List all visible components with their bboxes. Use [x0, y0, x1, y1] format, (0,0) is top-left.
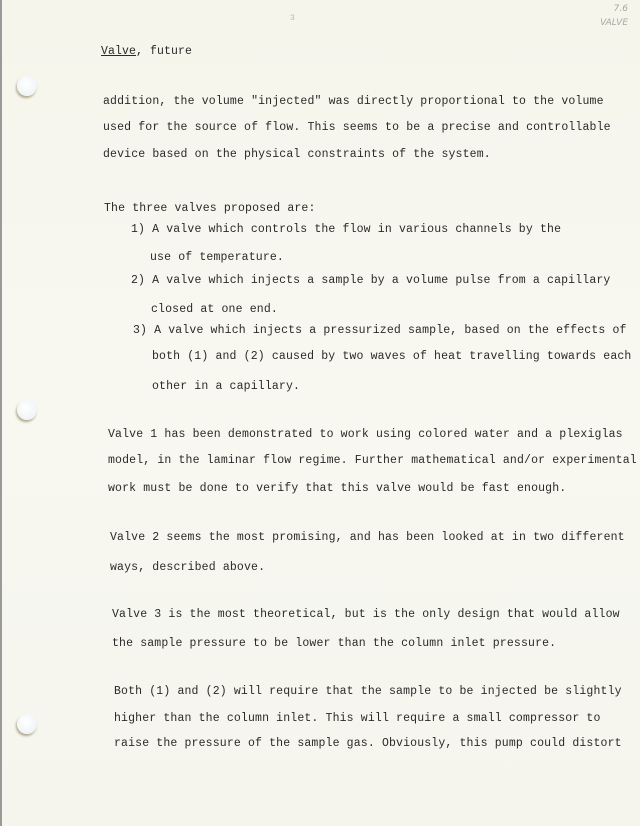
- text-line: used for the source of flow. This seems …: [103, 121, 611, 134]
- text-line: higher than the column inlet. This will …: [114, 712, 601, 725]
- page-heading: Valve, future: [101, 45, 192, 58]
- heading-underlined: Valve: [101, 45, 136, 58]
- handwritten-note-line: VALVE: [600, 16, 628, 30]
- list-item-line: use of temperature.: [150, 251, 284, 264]
- text-line: Both (1) and (2) will require that the s…: [114, 685, 622, 698]
- list-item-line: 3) A valve which injects a pressurized s…: [133, 324, 627, 337]
- punch-hole-bottom: [17, 714, 37, 734]
- list-item-line: closed at one end.: [151, 303, 278, 316]
- handwritten-note: 7.6 VALVE: [600, 2, 628, 30]
- list-item-line: 1) A valve which controls the flow in va…: [131, 223, 561, 236]
- text-line: model, in the laminar flow regime. Furth…: [108, 454, 637, 467]
- document-page: 3 7.6 VALVE Valve, future addition, the …: [0, 0, 640, 826]
- text-line: Valve 3 is the most theoretical, but is …: [112, 608, 620, 621]
- list-item-line: 2) A valve which injects a sample by a v…: [131, 274, 610, 287]
- list-item-line: both (1) and (2) caused by two waves of …: [152, 350, 631, 363]
- text-line: work must be done to verify that this va…: [108, 482, 566, 495]
- handwritten-note-line: 7.6: [600, 2, 628, 16]
- text-line: Valve 2 seems the most promising, and ha…: [110, 531, 625, 544]
- punch-hole-top: [17, 76, 37, 96]
- page-edge: [0, 0, 2, 826]
- text-line: the sample pressure to be lower than the…: [112, 637, 556, 650]
- text-line: ways, described above.: [110, 561, 265, 574]
- heading-rest: , future: [136, 45, 192, 58]
- text-line: raise the pressure of the sample gas. Ob…: [114, 737, 622, 750]
- text-line: device based on the physical constraints…: [103, 148, 491, 161]
- text-line: The three valves proposed are:: [104, 202, 316, 215]
- punch-hole-middle: [17, 400, 37, 420]
- page-number: 3: [290, 14, 295, 23]
- list-item-line: other in a capillary.: [152, 380, 300, 393]
- text-line: Valve 1 has been demonstrated to work us…: [108, 428, 623, 441]
- text-line: addition, the volume "injected" was dire…: [103, 95, 604, 108]
